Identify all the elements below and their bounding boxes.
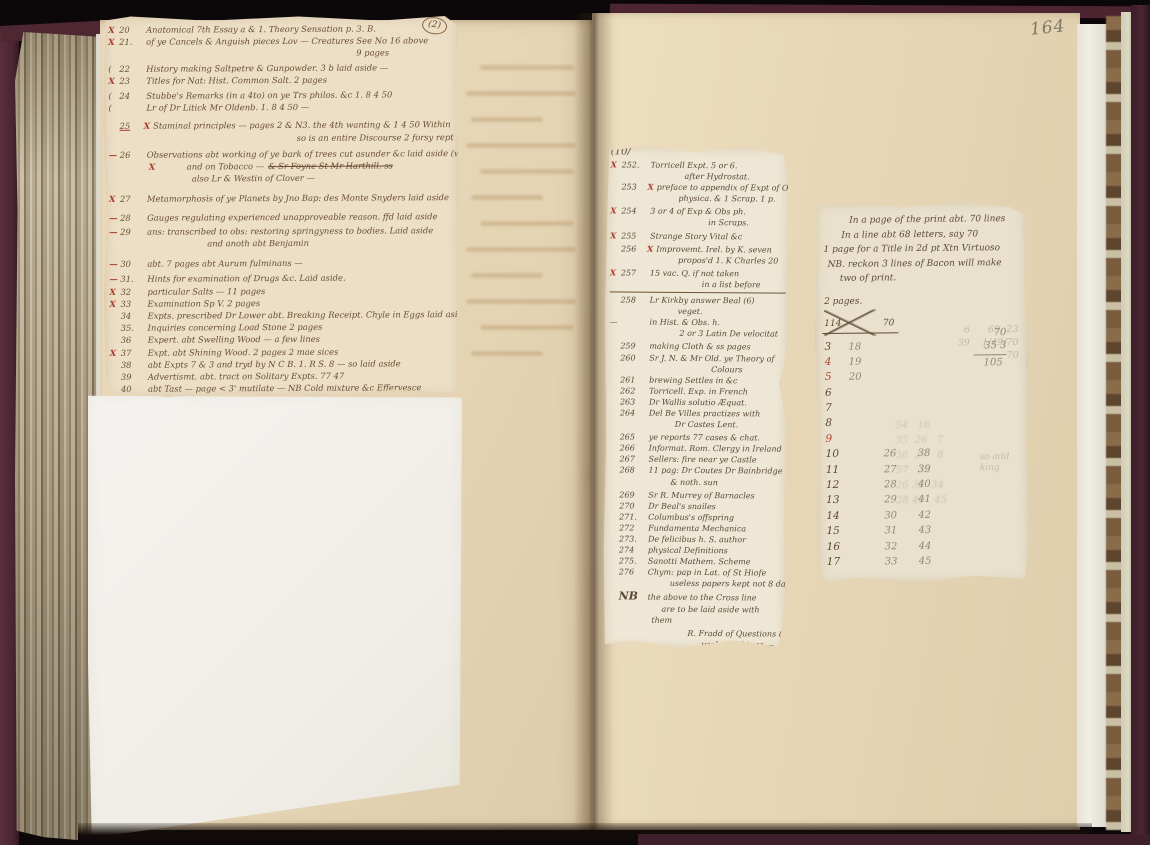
cross-mark: X — [610, 267, 621, 278]
note-line: 1 page for a Title in 2d pt Xtn Virtuoso — [823, 241, 1023, 258]
line-text: Torricell Expt. 5 or 6. — [651, 161, 738, 171]
ink-number: 16 — [827, 539, 851, 554]
line-text: abt. 7 pages abt Aurum fulminans — — [147, 258, 302, 269]
ink-number: 13 — [826, 493, 850, 508]
line-text: after Hydrostat. — [685, 172, 750, 181]
cross-mark: X — [144, 121, 151, 131]
manuscript-line: X2543 or 4 of Exp & Obs ph. — [610, 206, 786, 218]
line-text: physica. & 1 Scrap. 1 p. — [678, 194, 775, 204]
line-text: Fundamenta Mechanica — [648, 524, 746, 534]
manuscript-line: —30abt. 7 pages abt Aurum fulminans — — [109, 256, 456, 270]
manuscript-line: X25715 vac. Q. if not taken — [610, 267, 786, 279]
item-number: 274 — [619, 545, 645, 556]
manuscript-line: propos'd 1. K Charles 20 — [610, 254, 786, 266]
line-text: NB. reckon 3 lines of Bacon will make — [828, 258, 1002, 270]
item-number: 267 — [620, 454, 646, 465]
manuscript-line: are to be laid aside with — [607, 603, 783, 615]
ink-number: 5 — [825, 370, 849, 385]
item-number: 270 — [619, 500, 645, 511]
cross-mark: X — [610, 230, 621, 241]
pencil-number: 32 — [885, 540, 919, 555]
cross-mark: X — [108, 75, 119, 87]
manuscript-line: X27Metamorphosis of ye Planets by Jno Ba… — [109, 192, 456, 206]
line-text: De felicibus h. S. author — [648, 535, 746, 545]
line-text: Sanotti Mathem. Scheme — [648, 557, 751, 567]
line-text: propos'd 1. K Charles 20 — [678, 256, 778, 266]
line-text: Improvemt. Irel. by K. seven — [656, 244, 772, 254]
manuscript-line: 256XImprovemt. Irel. by K. seven — [610, 243, 786, 255]
ink-number: 4 — [825, 355, 849, 370]
line-text: Strange Story Vital &c — [650, 231, 742, 241]
item-number: 32 — [120, 285, 144, 297]
line-text: In a page of the print abt. 70 lines — [849, 214, 1005, 226]
line-text: 3 or 4 of Exp & Obs ph. — [650, 207, 746, 217]
cross-mark: ( — [108, 102, 119, 114]
cross-mark: — — [109, 226, 120, 238]
ink-bleed-through — [466, 44, 586, 396]
item-number: 22 — [119, 62, 143, 74]
manuscript-line: in Scraps. — [610, 217, 786, 229]
line-text: 1 page for a Title in 2d pt Xtn Virtuoso — [823, 243, 1000, 255]
item-number: 275. — [619, 556, 645, 567]
line-text: Columbus's offspring — [648, 512, 734, 522]
cross-mark: — — [109, 149, 120, 161]
cross-mark: X — [610, 206, 621, 217]
line-text: Del Be Villes practizes with — [649, 409, 761, 419]
item-number: 261 — [620, 374, 646, 385]
sum-line: 70 — [973, 326, 1006, 339]
cross-mark: — — [109, 258, 120, 270]
manuscript-line: 34Expts. prescribed Dr Lower abt. Breaki… — [110, 308, 457, 322]
line-text: & noth. sun — [670, 477, 718, 486]
ink-number: 14 — [826, 509, 850, 524]
line-text: the above to the Cross line — [648, 593, 757, 603]
ink-number: 7 — [825, 401, 849, 416]
pencil-number: 18 — [848, 340, 882, 355]
ink-number: 9 — [825, 432, 849, 447]
cross-mark: X — [647, 182, 653, 192]
cross-mark: — — [609, 317, 620, 328]
manuscript-line: also Lr & Westin of Clover — — [109, 171, 456, 185]
line-text: In a line abt 68 letters, say 70 — [841, 229, 978, 240]
item-number: 254 — [621, 206, 647, 217]
item-number: 28 — [120, 211, 144, 223]
item-number: 30 — [120, 258, 144, 270]
crossed-left-value: 114 — [824, 317, 841, 332]
line-text: Examination Sp V. 2 pages — [147, 298, 260, 309]
cross-mark: ( — [108, 90, 119, 102]
line-text: 11 pag: Dr Coutes Dr Bainbridge — [648, 466, 782, 476]
manuscript-line: & noth. sun — [608, 476, 784, 488]
manuscript-line: (Lr of Dr Litick Mr Oldenb. 1. 8 4 50 — — [108, 100, 455, 114]
item-number: 33 — [120, 298, 144, 310]
item-number: 276 — [619, 567, 645, 578]
manuscript-line: them — [607, 614, 783, 626]
pencil-sum: 7035 3 105 — [973, 326, 1007, 369]
pencil-number: 33 — [885, 555, 919, 570]
pencil-number: 31 — [884, 524, 918, 539]
line-text: two of print. — [840, 273, 897, 284]
cross-mark: X — [108, 36, 119, 48]
item-number: 260 — [620, 352, 646, 363]
item-number: 38 — [121, 359, 145, 371]
crossed-out-sum: 114 70 — [822, 316, 898, 333]
manuscript-line-list: X252.Torricell Expt. 5 or 6. after Hydro… — [602, 155, 789, 650]
item-number: 258 — [621, 295, 647, 306]
item-number: 26 — [120, 149, 144, 161]
faint-line: 54 16 — [895, 418, 946, 434]
manuscript-line: 2 or 3 Latin De velocitat — [609, 328, 785, 340]
struck-text: & Sr Foyne St Mr Harthill. ss — [268, 160, 393, 171]
item-number: 272 — [619, 522, 645, 533]
line-text: preface to appendix of Expt of Obs — [657, 183, 790, 193]
item-number: 36 — [121, 334, 145, 346]
cross-mark: X — [110, 347, 121, 359]
right-page-edges — [1077, 24, 1108, 827]
cross-mark: X — [149, 161, 160, 173]
line-text: brewing Settles in &c — [649, 375, 737, 385]
line-text: also Lr & Westin of Clover — — [192, 173, 315, 184]
note-line: In a page of the print abt. 70 lines — [823, 212, 1023, 229]
item-number: 21. — [119, 36, 143, 48]
line-text: in a list before — [702, 280, 761, 289]
line-text: Dr Beal's snailes — [648, 501, 716, 510]
line-text: physical Definitions — [648, 546, 728, 556]
pencil-number: 43 — [918, 524, 948, 539]
item-number: 35. — [121, 322, 145, 334]
cross-mark: X — [108, 24, 119, 36]
line-text: Expts. prescribed Dr Lower abt. Breaking… — [148, 309, 461, 321]
manuscript-line: —28Gauges regulating experienced unappro… — [109, 210, 456, 224]
pencil-number: 45 — [919, 555, 949, 570]
manuscript-line: —29ans: transcribed to obs: restoring sp… — [109, 224, 456, 238]
manuscript-line: —in Hist. & Obs. h. — [609, 317, 785, 329]
line-text: R. Fradd of Questions & — [687, 629, 785, 639]
line-text: in Hist. & Obs. h. — [649, 318, 719, 327]
manuscript-line: Dr Castes Lent. — [609, 418, 785, 430]
item-number: 37 — [121, 346, 145, 358]
line-text: Dr Castes Lent. — [675, 420, 738, 429]
line-text: and on Tobacco — — [187, 161, 264, 171]
item-number: 29 — [120, 226, 144, 238]
faint-pencil-note: so add king — [980, 452, 1022, 474]
line-text: so is an entire Discourse 2 forsy rept — [297, 132, 454, 143]
line-text: 2 or 3 Latin De velocitat — [679, 329, 778, 339]
item-number: 257 — [621, 267, 647, 278]
folio-number: 164 — [1029, 16, 1066, 40]
sum-lines: 7035 3 — [973, 326, 1006, 352]
line-text: Colours — [711, 365, 742, 374]
line-text: Titles for Nat: Hist. Common Salt. 2 pag… — [146, 75, 327, 86]
item-number: 255 — [621, 230, 647, 241]
line-text: Dr Wallis solutio Æquat. — [649, 398, 747, 408]
manuscript-line: 260Sr J. N. & Mr Old. ye Theory of — [609, 352, 785, 364]
line-text: Informat. Rom. Clergy in Ireland — [649, 444, 782, 454]
item-number: 259 — [620, 341, 646, 352]
line-text: Sr R. Murrey of Barnacles — [648, 490, 754, 500]
ink-number: 6 — [825, 385, 849, 400]
pencil-number: 44 — [919, 539, 949, 554]
item-number: 31. — [120, 273, 144, 285]
line-text: veget. — [678, 307, 703, 316]
manuscript-line: 9 pages — [108, 46, 455, 60]
pencil-number: 19 — [849, 355, 883, 370]
line-text: Chym: pap in Lat. of St Hiofe — [648, 568, 766, 578]
line-text: ans: transcribed to obs: restoring sprin… — [147, 225, 433, 236]
line-text: Hints for examination of Drugs &c. Laid … — [147, 273, 345, 284]
cross-mark: X — [109, 298, 120, 310]
pencil-number: 42 — [918, 509, 948, 524]
book-cover-right — [1131, 5, 1150, 838]
faint-line: 57 38 — [896, 463, 947, 479]
grid-row: 173345 — [827, 553, 1031, 571]
book-photo: 164 (2) X20Anatomical 7th Essay a & 1. T… — [0, 0, 1150, 845]
ink-number: 15 — [826, 524, 850, 539]
item-number: 252. — [622, 159, 648, 170]
manuscript-line: so is an entire Discourse 2 forsy rept — [109, 131, 456, 145]
item-number: 23 — [119, 75, 143, 87]
line-text: Sellers: fire near ye Castle — [649, 455, 757, 465]
manuscript-line: 253Xpreface to appendix of Expt of Obs — [610, 182, 786, 194]
line-text: Observations abt working of ye bark of t… — [147, 148, 461, 160]
calculation-fragment: In a page of the print abt. 70 lines In … — [813, 200, 1031, 585]
line-text: Anatomical 7th Essay a & 1. Theory Sensa… — [146, 24, 376, 35]
manuscript-strip-middle: (10/ X252.Torricell Expt. 5 or 6. after … — [602, 145, 790, 650]
line-text: Stubbe's Remarks (in a 4to) on ye Trs ph… — [146, 89, 392, 100]
line-text: abt Expts 7 & 3 and tryd by N C B. 1. R … — [148, 358, 401, 369]
item-number: 24 — [119, 90, 143, 102]
item-number: NB — [619, 591, 645, 602]
manuscript-line: in a list before — [610, 278, 786, 290]
note-line: NB. reckon 3 lines of Bacon will make — [824, 255, 1024, 272]
manuscript-line: X23Titles for Nat: Hist. Common Salt. 2 … — [108, 73, 455, 87]
item-number: 271. — [619, 511, 645, 522]
line-text: Expert. abt Swelling Wood — a few lines — [148, 334, 320, 345]
manuscript-line: useless papers kept not 8 days. — [608, 578, 784, 590]
item-number: 253 — [621, 182, 647, 193]
line-text: them — [651, 615, 672, 624]
faint-line: 26 38 34 — [896, 478, 947, 494]
item-number: 269 — [619, 489, 645, 500]
manuscript-line: physica. & 1 Scrap. 1 p. — [610, 193, 786, 205]
line-text: Inquiries concerning Load Stone 2 pages — [148, 322, 323, 333]
item-number: 25 — [120, 120, 144, 132]
item-number: 273. — [619, 533, 645, 544]
item-number: 256 — [621, 243, 647, 254]
ink-number: 8 — [825, 416, 849, 431]
line-text: Torricell. Exp. in French — [649, 386, 748, 396]
ink-number: 17 — [827, 555, 851, 570]
faint-pencil-cloud: 54 1635 26 736 27 857 3826 38 3428 40 45 — [895, 373, 947, 509]
line-text: 2 pages. — [824, 296, 862, 306]
pencil-number: 30 — [884, 509, 918, 524]
line-text: Staminal principles — pages 2 & N3. the … — [153, 120, 451, 132]
cross-mark: X — [647, 243, 653, 253]
item-number: 263 — [620, 396, 646, 407]
fore-edge-page-stack — [15, 32, 100, 842]
item-number: 39 — [121, 371, 145, 383]
manuscript-line: and anoth abt Benjamin — [109, 236, 456, 250]
line-text: 15 vac. Q. if not taken — [650, 269, 739, 279]
item-number: 265 — [620, 432, 646, 443]
cross-mark: — — [109, 211, 120, 223]
cross-mark: X — [611, 159, 622, 170]
manuscript-line: 26811 pag: Dr Coutes Dr Bainbridge — [608, 465, 784, 477]
line-text: and anoth abt Benjamin — [207, 238, 309, 249]
faint-line: 28 40 45 — [896, 493, 947, 509]
line-text: Sr J. N. & Mr Old. ye Theory of — [649, 353, 774, 363]
faint-line: 36 27 8 — [896, 448, 947, 464]
manuscript-line: X252.Torricell Expt. 5 or 6. — [611, 159, 787, 171]
ink-number: 11 — [826, 462, 850, 477]
cross-mark: X — [109, 286, 120, 298]
item-number: 266 — [620, 443, 646, 454]
line-text: Metamorphosis of ye Planets by Jno Bap: … — [147, 193, 449, 205]
line-text: ye reports 77 cases & chat. — [649, 433, 760, 443]
line-text: History making Saltpetre & Gunpowder. 3 … — [146, 62, 388, 73]
line-text: useless papers kept not 8 days. — [670, 579, 790, 589]
line-text: 9 pages — [356, 48, 389, 58]
line-text: in Scraps. — [708, 219, 749, 228]
crossed-right-value: 70 — [883, 316, 895, 331]
manuscript-line: NBthe above to the Cross line — [608, 591, 784, 604]
line-text: Lr of Dr Litick Mr Oldenb. 1. 8 4 50 — — [146, 102, 309, 113]
ink-number: 10 — [826, 447, 850, 462]
manuscript-fragment-left: (2) X20Anatomical 7th Essay a & 1. Theor… — [102, 14, 461, 399]
book-cover-bottom — [638, 834, 1150, 845]
line-text: are to be laid aside with — [661, 604, 759, 614]
item-number: 264 — [620, 407, 646, 418]
line-text: making Cloth & ss pages — [649, 342, 750, 352]
item-number: 27 — [120, 193, 144, 205]
manuscript-line: X21.of ye Cancels & Anguish pieces Lov —… — [108, 34, 455, 48]
manuscript-line: 258Lr Kirkby answer Beal (6) — [610, 291, 786, 306]
sum-line: 35 3 — [973, 339, 1006, 352]
sum-total: 105 — [974, 354, 1007, 369]
ink-number: 3 — [824, 339, 848, 354]
item-number: 262 — [620, 385, 646, 396]
blank-white-sheet — [88, 394, 462, 838]
manuscript-line: —26Observations abt working of ye bark o… — [109, 147, 456, 161]
line-text: Advertismt. abt. tract on Solitary Expts… — [148, 371, 344, 382]
cross-mark: ( — [108, 62, 119, 74]
pencil-number: 20 — [849, 371, 883, 386]
ink-number: 12 — [826, 478, 850, 493]
manuscript-line: X255Strange Story Vital &c — [610, 230, 786, 242]
line-text: Expt. abt Shining Wood. 2 pages 2 mae si… — [148, 346, 339, 357]
cross-mark: X — [109, 193, 120, 205]
item-number: 34 — [121, 310, 145, 322]
line-text: particular Salts — 11 pages — [147, 286, 265, 297]
item-number: 268 — [619, 465, 645, 476]
item-number: 20 — [119, 24, 143, 36]
manuscript-line-list: X20Anatomical 7th Essay a & 1. Theory Se… — [102, 14, 461, 395]
line-text: Lr Kirkby answer Beal (6) — [650, 296, 755, 306]
faint-line: 35 26 7 — [895, 433, 946, 449]
line-text: Gauges regulating experienced unapprovea… — [147, 211, 437, 223]
cross-mark: — — [109, 273, 120, 285]
line-text: of ye Cancels & Anguish pieces Lov — Cre… — [146, 35, 428, 46]
